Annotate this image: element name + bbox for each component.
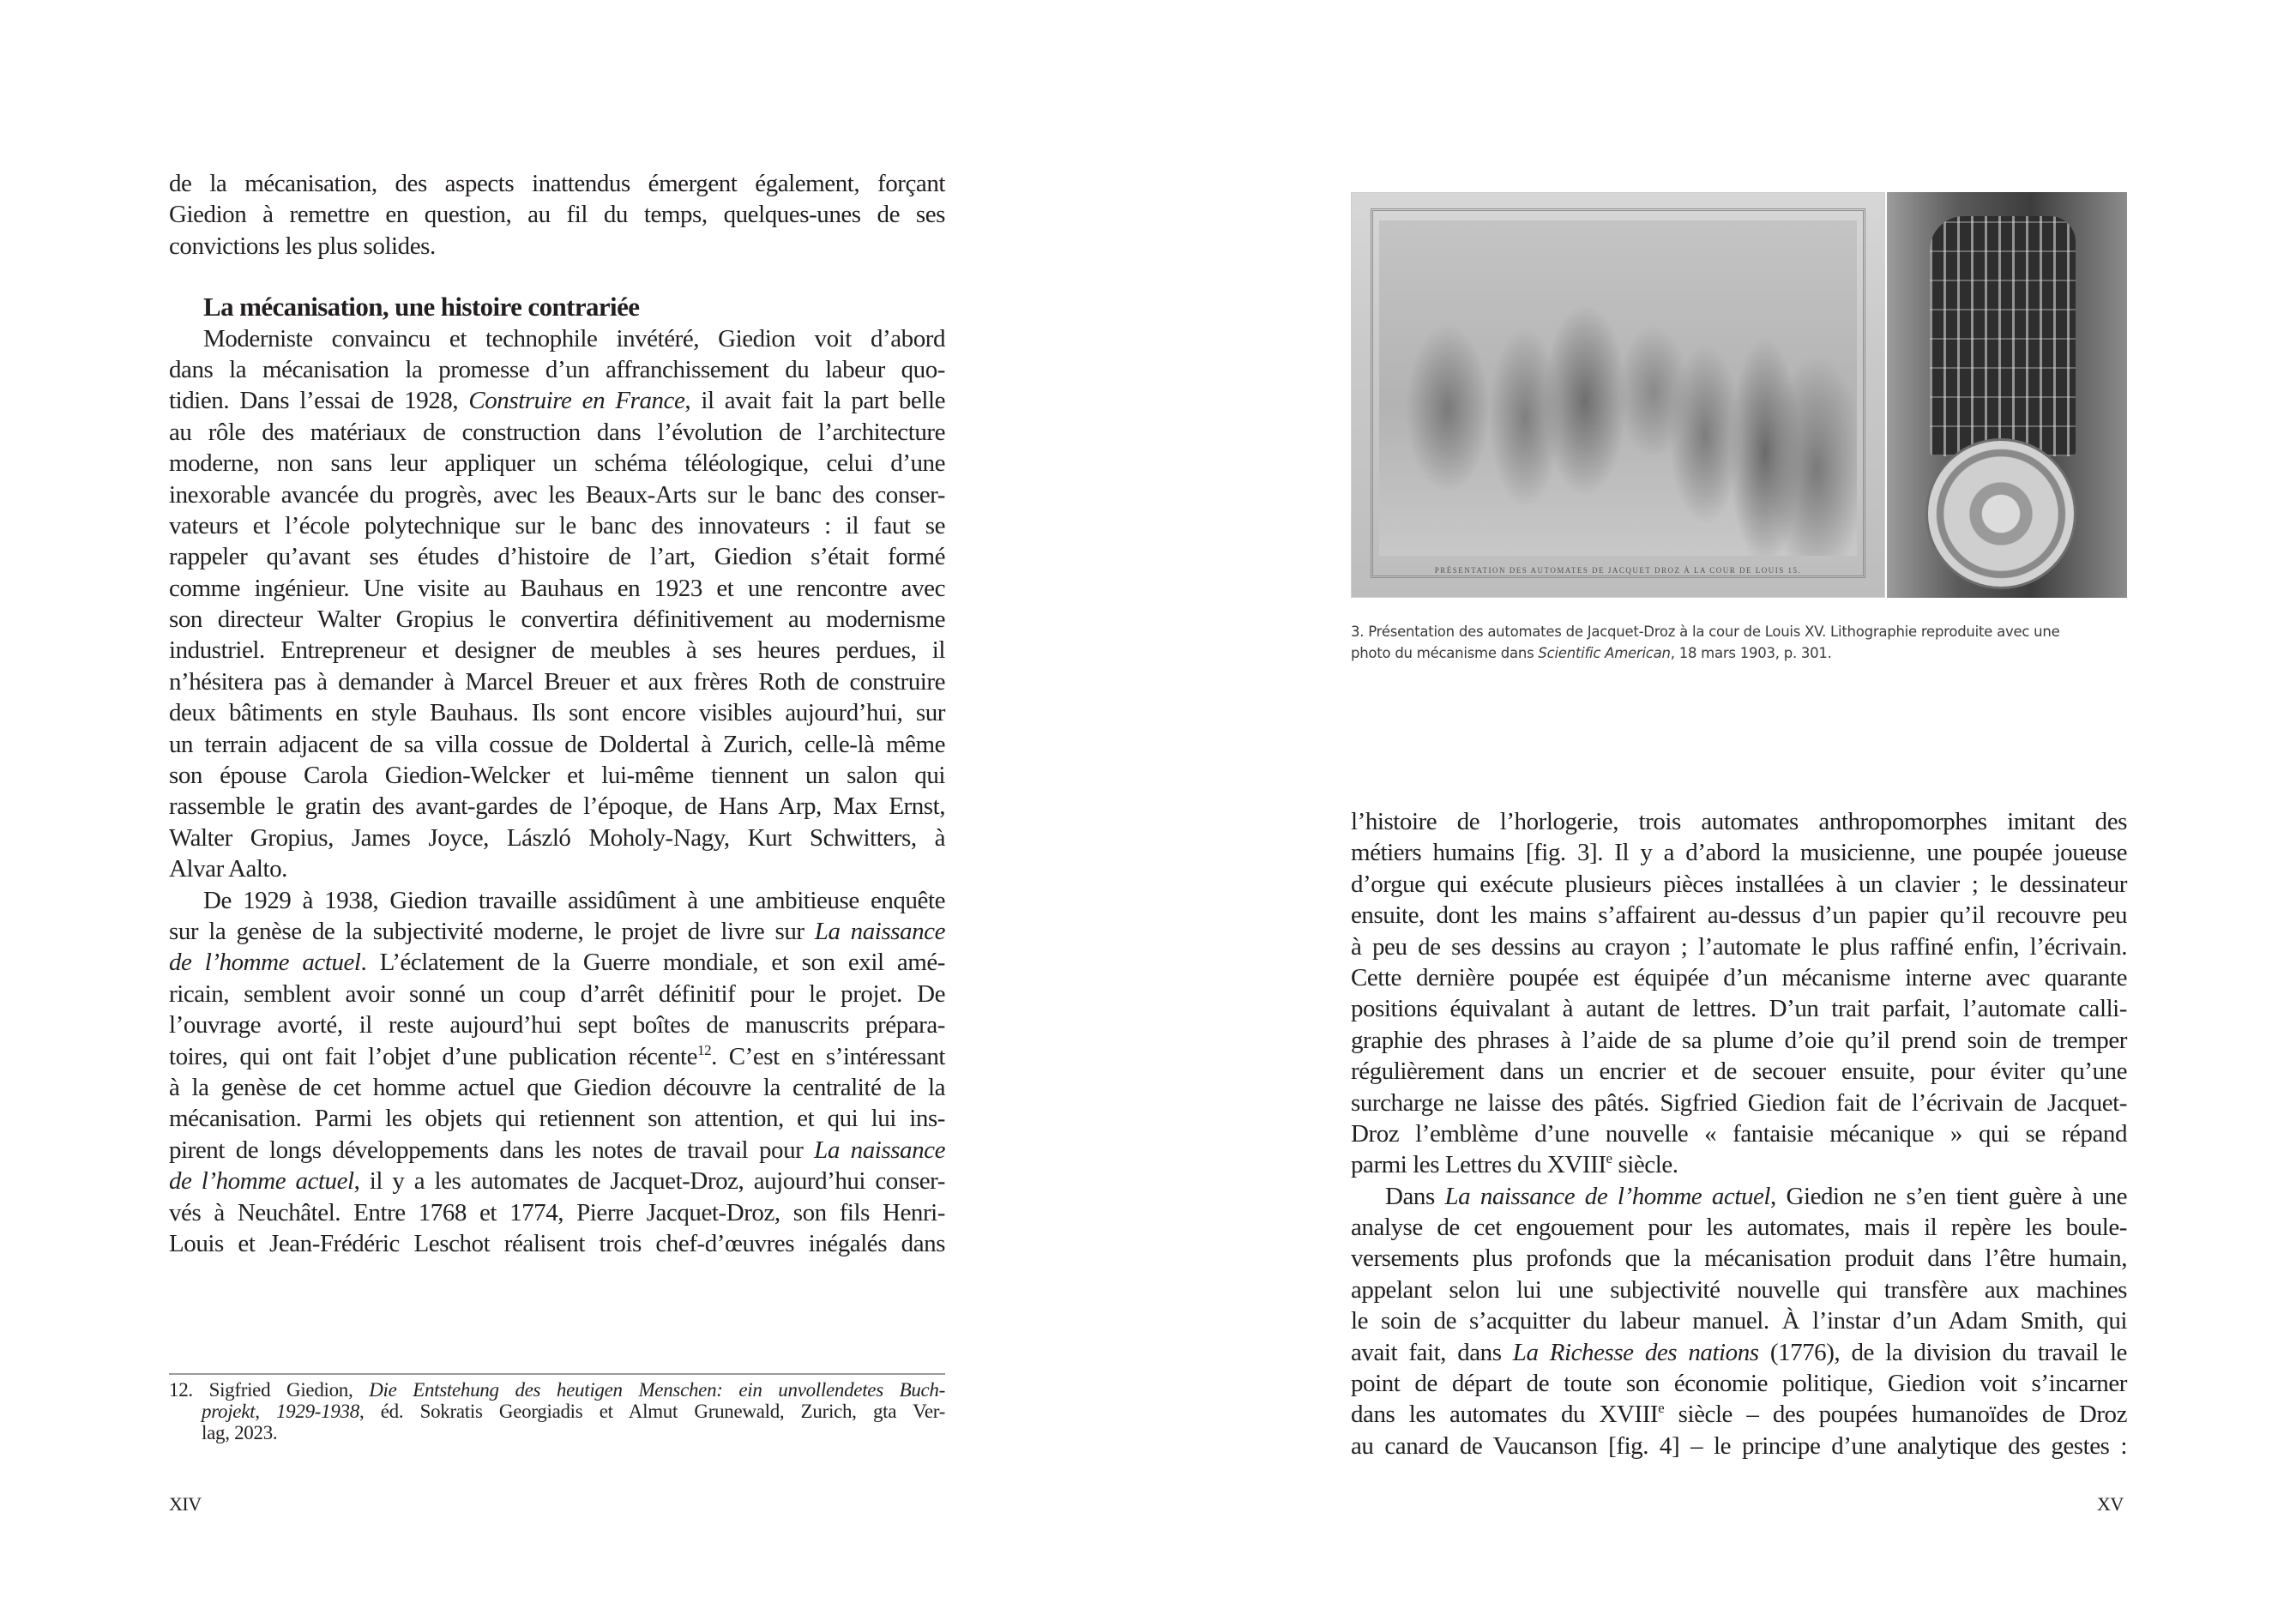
book-title-italic: de l’homme actuel <box>169 949 361 976</box>
text-line: positions équivalant à autant de lettres… <box>1351 993 2127 1024</box>
text-line: avait fait, dans La Richesse des nations… <box>1351 1337 2127 1368</box>
text-line: d’orgue qui exécute plusieurs pièces ins… <box>1351 869 2127 900</box>
text-line: de l’homme actuel, il y a les automates … <box>169 1166 945 1196</box>
text-line: rassemble le gratin des avant-gardes de … <box>169 791 945 822</box>
text-line: son épouse Carola Giedion-Welcker et lui… <box>169 760 945 791</box>
text-line: ensuite, dont les mains s’affairent au-d… <box>1351 900 2127 931</box>
text-line: son directeur Walter Gropius le converti… <box>169 604 945 635</box>
mechanism-cam-wheel <box>1928 441 2074 587</box>
figure-3: PRÉSENTATION DES AUTOMATES DE JACQUET DR… <box>1351 192 2127 598</box>
text-line: analyse de cet engouement pour les autom… <box>1351 1212 2127 1243</box>
journal-title-italic: Scientific American <box>1538 645 1670 661</box>
book-title-italic: La naissance <box>815 918 945 945</box>
text-line: l’ouvrage avorté, il reste aujourd’hui s… <box>169 1009 945 1040</box>
text-line: Dans La naissance de l’homme actuel, Gie… <box>1351 1181 2127 1212</box>
text-line: point de départ de toute son économie po… <box>1351 1368 2127 1399</box>
text-line: sur la genèse de la subjectivité moderne… <box>169 916 945 947</box>
lithograph-image: PRÉSENTATION DES AUTOMATES DE JACQUET DR… <box>1351 192 1885 598</box>
book-title-italic: La Richesse des nations <box>1513 1339 1759 1366</box>
book-title-italic: La naissance <box>814 1136 945 1164</box>
footnote-12: 12. Sigfried Giedion, Die Entstehung des… <box>169 1379 945 1443</box>
text-line: versements plus profonds que la mécanisa… <box>1351 1243 2127 1274</box>
text-line: métiers humains [fig. 3]. Il y a d’abord… <box>1351 837 2127 868</box>
left-page: de la mécanisation, des aspects inattend… <box>0 0 1148 1621</box>
text-line: vateurs et l’école polytechnique sur le … <box>169 510 945 541</box>
text-line: industriel. Entrepreneur et designer de … <box>169 635 945 666</box>
text-line: deux bâtiments en style Bauhaus. Ils son… <box>169 697 945 728</box>
text-line: l’histoire de l’horlogerie, trois automa… <box>1351 806 2127 837</box>
text-line: pirent de longs développements dans les … <box>169 1135 945 1166</box>
text-line: toires, qui ont fait l’objet d’une publi… <box>169 1041 945 1072</box>
text-line: Cette dernière poupée est équipée d’un m… <box>1351 962 2127 993</box>
text-line: à peu de ses dessins au crayon ; l’autom… <box>1351 931 2127 962</box>
text-line: comme ingénieur. Une visite au Bauhaus e… <box>169 573 945 604</box>
text-line: De 1929 à 1938, Giedion travaille assidû… <box>169 885 945 916</box>
text-line: convictions les plus solides. <box>169 231 945 262</box>
section-heading: La mécanisation, une histoire contrariée <box>169 292 945 322</box>
text-line: inexorable avancée du progrès, avec les … <box>169 479 945 510</box>
book-title-italic: La naissance de l’homme actuel <box>1444 1183 1770 1210</box>
text-line: dans la mécanisation la promesse d’un af… <box>169 354 945 385</box>
text-line: au rôle des matériaux de construction da… <box>169 417 945 448</box>
caption-line: 3. Présentation des automates de Jacquet… <box>1351 621 2131 642</box>
text-line: régulièrement dans un encrier et de seco… <box>1351 1056 2127 1087</box>
footnote-rule <box>169 1373 945 1375</box>
footnote-reference[interactable]: 12 <box>697 1042 711 1058</box>
text-line: de l’homme actuel. L’éclatement de la Gu… <box>169 947 945 978</box>
text-line: ricain, semblent avoir sonné un coup d’a… <box>169 979 945 1009</box>
text-line: appelant selon lui une subjectivité nouv… <box>1351 1275 2127 1305</box>
book-title-italic: Construire en France <box>468 387 684 414</box>
spacer <box>169 262 945 292</box>
text-line: vés à Neuchâtel. Entre 1768 et 1774, Pie… <box>169 1197 945 1228</box>
footnote-number: 12. <box>169 1379 193 1401</box>
text-line: surcharge ne laisse des pâtés. Sigfried … <box>1351 1088 2127 1118</box>
text-line: n’hésitera pas à demander à Marcel Breue… <box>169 666 945 697</box>
book-title-italic: de l’homme actuel <box>169 1167 354 1195</box>
text-line: au canard de Vaucanson [fig. 4] – le pri… <box>1351 1431 2127 1461</box>
text-line: à la genèse de cet homme actuel que Gied… <box>169 1072 945 1103</box>
text-line: Giedion à remettre en question, au fil d… <box>169 199 945 230</box>
text-line: Walter Gropius, James Joyce, László Moho… <box>169 823 945 853</box>
text-line: Droz l’emblème d’une nouvelle « fantaisi… <box>1351 1118 2127 1149</box>
text-line: un terrain adjacent de sa villa cossue d… <box>169 729 945 760</box>
text-line: moderne, non sans leur appliquer un sché… <box>169 448 945 479</box>
text-line: tidien. Dans l’essai de 1928, Construire… <box>169 385 945 416</box>
caption-line: photo du mécanisme dans Scientific Ameri… <box>1351 642 2131 664</box>
mechanism-photo <box>1887 192 2127 598</box>
footnote-line: 12. Sigfried Giedion, Die Entstehung des… <box>169 1379 945 1401</box>
lithograph-scene <box>1379 220 1857 556</box>
text-line: graphie des phrases à l’aide de sa plume… <box>1351 1025 2127 1056</box>
page-number: XIV <box>169 1493 202 1516</box>
text-line: Moderniste convaincu et technophile invé… <box>169 323 945 354</box>
footnote-line: projekt, 1929-1938, éd. Sokratis Georgia… <box>169 1401 945 1422</box>
text-line: dans les automates du XVIIIe siècle – de… <box>1351 1399 2127 1430</box>
mechanism-gears <box>1930 216 2076 456</box>
text-line: Alvar Aalto. <box>169 853 945 884</box>
lithograph-title: PRÉSENTATION DES AUTOMATES DE JACQUET DR… <box>1352 566 1884 575</box>
left-body-text: de la mécanisation, des aspects inattend… <box>169 168 945 1259</box>
figure-caption: 3. Présentation des automates de Jacquet… <box>1351 621 2131 664</box>
text-line: mécanisation. Parmi les objets qui retie… <box>169 1103 945 1134</box>
footnote-line: lag, 2023. <box>169 1422 945 1443</box>
page-number: XV <box>2097 1493 2124 1516</box>
text-line: rappeler qu’avant ses études d’histoire … <box>169 541 945 572</box>
text-line: de la mécanisation, des aspects inattend… <box>169 168 945 199</box>
right-body-text: l’histoire de l’horlogerie, trois automa… <box>1351 806 2127 1461</box>
text-line: parmi les Lettres du XVIIIe siècle. <box>1351 1149 2127 1180</box>
text-line: le soin de s’acquitter du labeur manuel.… <box>1351 1305 2127 1336</box>
text-line: Louis et Jean-Frédéric Leschot réalisent… <box>169 1228 945 1259</box>
